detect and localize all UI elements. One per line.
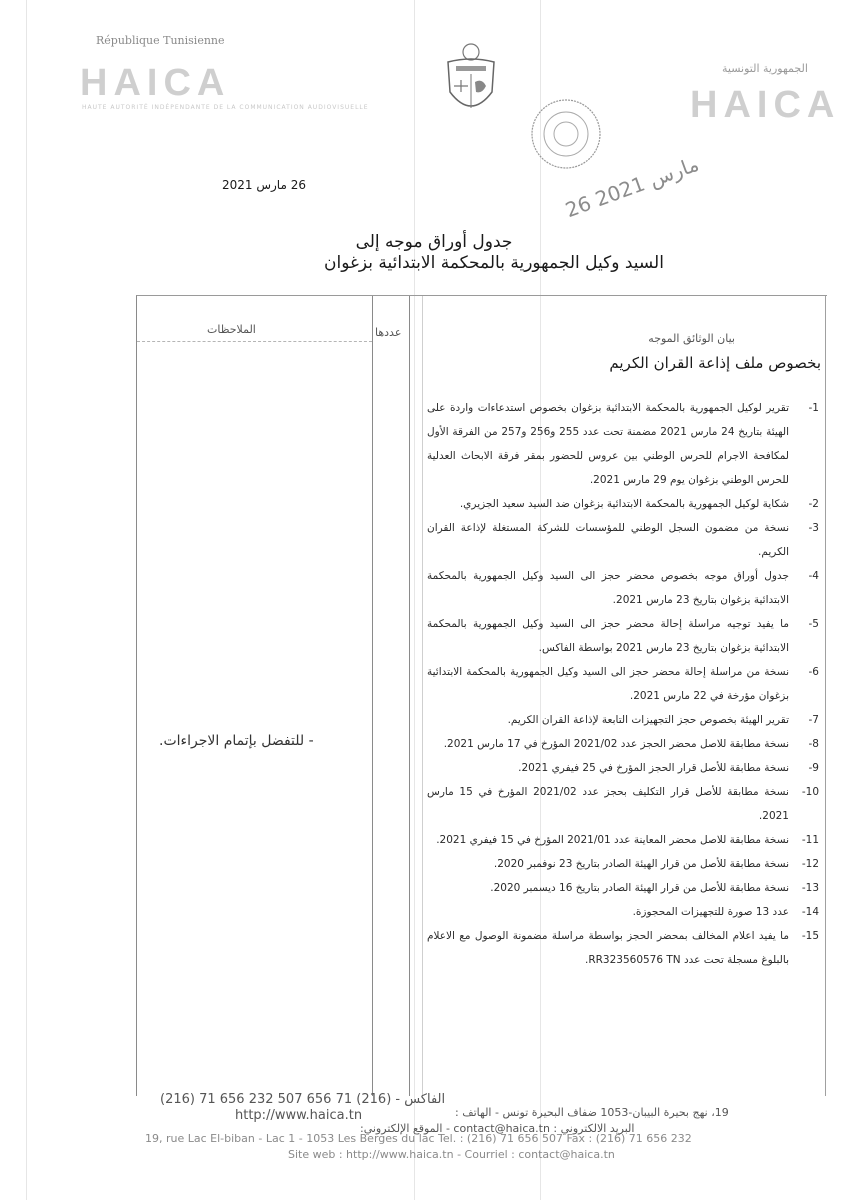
list-item: -9نسخة مطابقة للأصل قرار الحجز المؤرخ في… [427,756,819,780]
footer-address-fr: 19, rue Lac El-biban - Lac 1 - 1053 Les … [145,1132,692,1145]
list-item: -2شكاية لوكيل الجمهورية بالمحكمة الابتدا… [427,492,819,516]
list-item: -10نسخة مطابقة للأصل قرار التكليف بحجز ع… [427,780,819,828]
document-title-line2: السيد وكيل الجمهورية بالمحكمة الابتدائية… [0,253,848,273]
count-column: عددها [373,296,410,1096]
republic-label-fr: République Tunisienne [96,34,225,47]
list-item: -4جدول أوراق موجه بخصوص محضر حجز الى الس… [427,564,819,612]
document-title-line1: جدول أوراق موجه إلى [0,232,848,252]
subject-line: بخصوص ملف إذاعة القران الكريم [609,354,821,372]
footer-phone-fax: (216) 71 656 232 الفاكس - (216) 71 656 5… [160,1092,445,1107]
list-item: -13نسخة مطابقة للأصل من قرار الهيئة الصا… [427,876,819,900]
list-item: -7تقرير الهيئة بخصوص حجز التجهيزات التاب… [427,708,819,732]
header-notes: الملاحظات [207,323,256,336]
header-divider [137,341,372,342]
footer-address-ar: 19، نهج بحيرة البيبان-1053 ضفاف البحيرة … [455,1106,729,1119]
list-item: -15ما يفيد اعلام المخالف بمحضر الحجز بوا… [427,924,819,972]
header-description: بيان الوثائق الموجه [648,332,735,345]
notes-text: - للتفضل بإتمام الاجراءات. [159,733,314,749]
list-item: -11نسخة مطابقة للاصل محضر المعاينة عدد 2… [427,828,819,852]
footer-web-email-fr: Site web : http://www.haica.tn - Courrie… [288,1148,615,1161]
list-item: -1تقرير لوكيل الجمهورية بالمحكمة الابتدا… [427,396,819,492]
list-item: -6نسخة من مراسلة إحالة محضر حجز الى السي… [427,660,819,708]
haica-logo-subtitle: HAUTE AUTORITÉ INDÉPENDANTE DE LA COMMUN… [82,104,369,111]
tunisia-coat-of-arms-icon [442,42,500,120]
list-item: -3نسخة من مضمون السجل الوطني للمؤسسات لل… [427,516,819,564]
list-item: -8نسخة مطابقة للاصل محضر الحجز عدد 2021/… [427,732,819,756]
documents-table: الملاحظات - للتفضل بإتمام الاجراءات. عدد… [136,295,827,1096]
document-date: 26 مارس 2021 [222,178,306,192]
notes-column: الملاحظات - للتفضل بإتمام الاجراءات. [137,296,373,1096]
republic-label-ar: الجمهورية التونسية [722,62,808,75]
documents-list: -1تقرير لوكيل الجمهورية بالمحكمة الابتدا… [427,396,819,972]
footer-website: http://www.haica.tn [235,1108,362,1123]
spacer-column [410,296,423,1096]
list-item: -5ما يفيد توجيه مراسلة إحالة محضر حجز ال… [427,612,819,660]
list-item: -14عدد 13 صورة للتجهيزات المحجوزة. [427,900,819,924]
scan-artifact-line [26,0,27,1200]
court-stamp-icon [530,98,602,170]
haica-logo-left: HAICA [80,62,230,105]
header-count: عددها [375,326,401,339]
list-item: -12نسخة مطابقة للأصل من قرار الهيئة الصا… [427,852,819,876]
haica-logo-right: HAICA [690,84,840,127]
